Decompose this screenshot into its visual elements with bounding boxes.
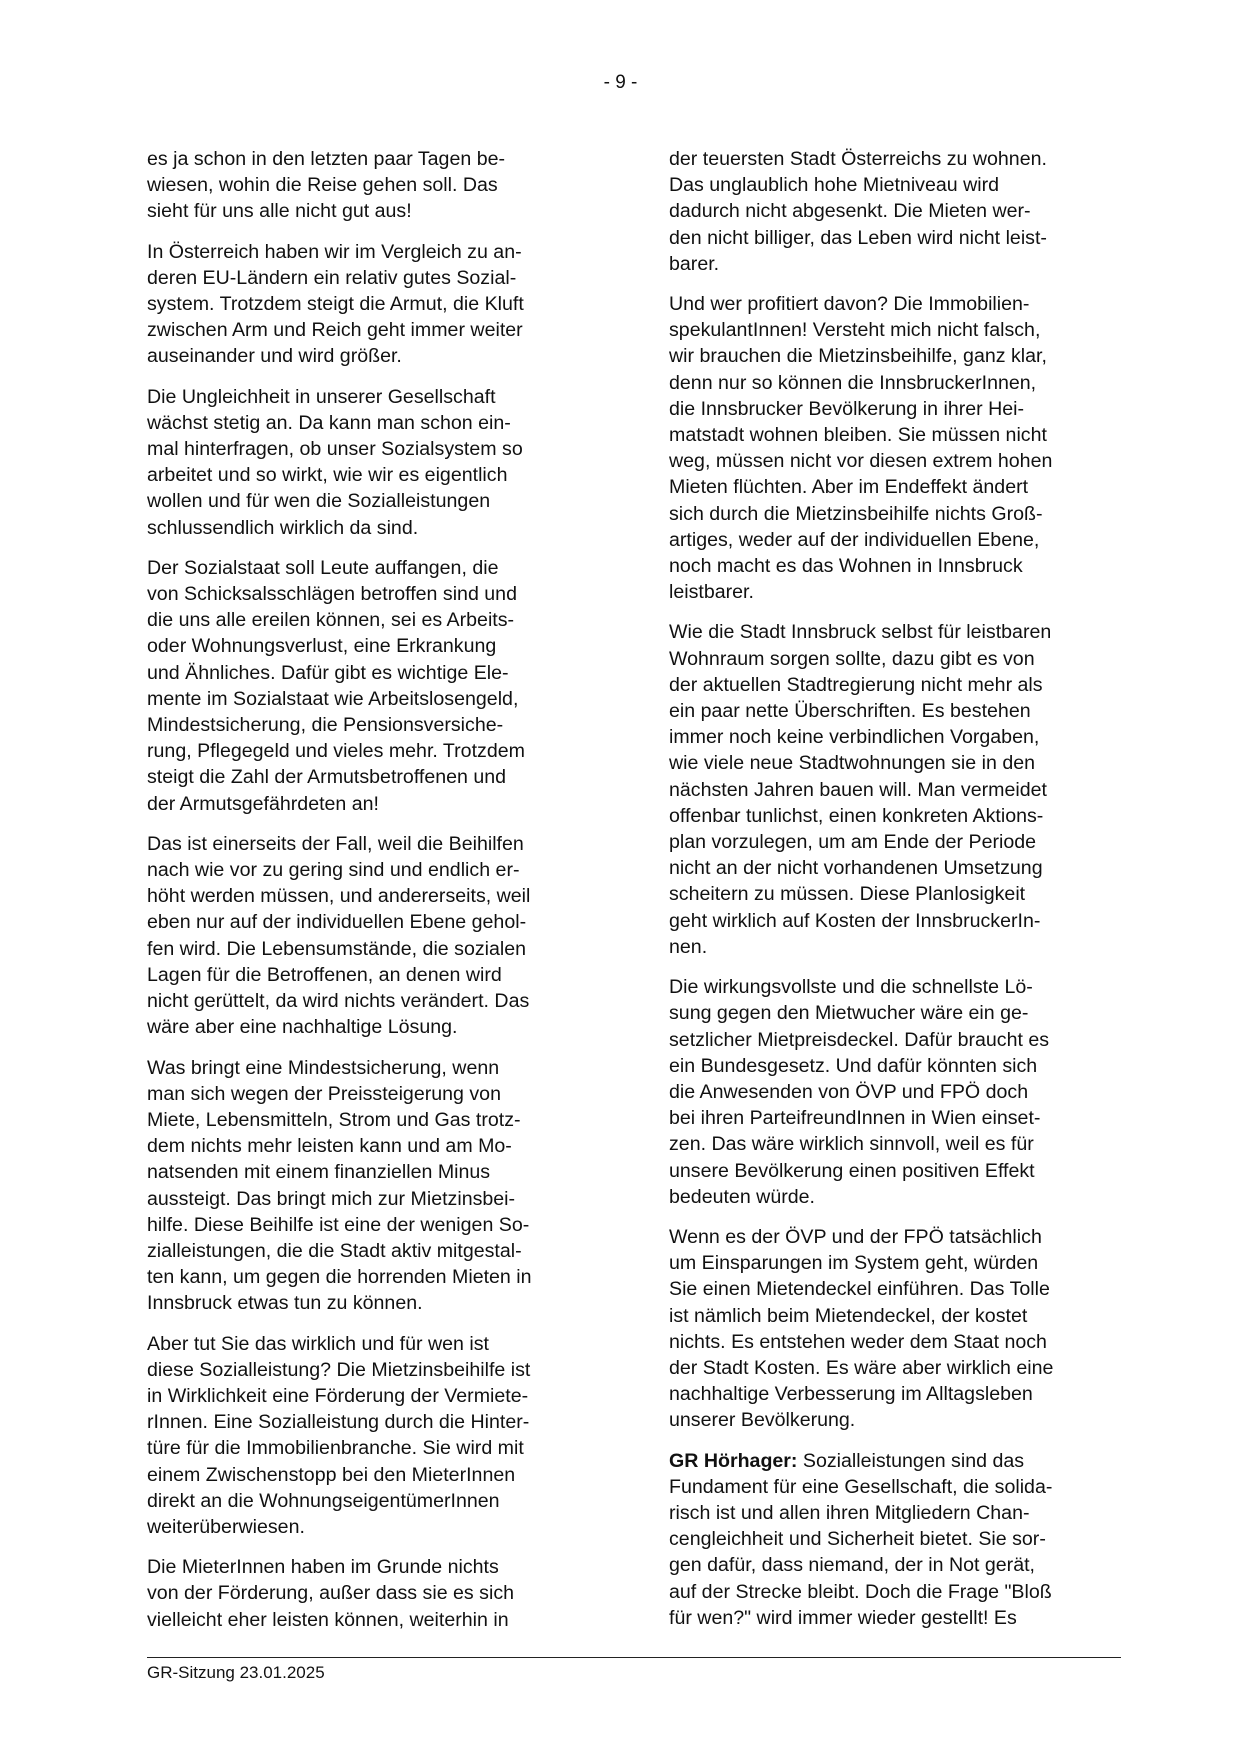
- text-line: nächsten Jahren bauen will. Man vermeide…: [669, 777, 1139, 803]
- text-line: deren EU-Ländern ein relativ gutes Sozia…: [147, 265, 617, 291]
- text-line: Wohnraum sorgen sollte, dazu gibt es von: [669, 646, 1139, 672]
- paragraph: Das ist einerseits der Fall, weil die Be…: [147, 831, 617, 1041]
- text-line: für wen?" wird immer wieder gestellt! Es: [669, 1605, 1139, 1631]
- text-line: nach wie vor zu gering sind und endlich …: [147, 857, 617, 883]
- text-line: eben nur auf der individuellen Ebene geh…: [147, 909, 617, 935]
- text-line: die Anwesenden von ÖVP und FPÖ doch: [669, 1079, 1139, 1105]
- text-line: in Wirklichkeit eine Förderung der Vermi…: [147, 1383, 617, 1409]
- text-line: Die wirkungsvollste und die schnellste L…: [669, 974, 1139, 1000]
- text-line: auseinander und wird größer.: [147, 343, 617, 369]
- text-line: bedeuten würde.: [669, 1184, 1139, 1210]
- text-line: sieht für uns alle nicht gut aus!: [147, 198, 617, 224]
- text-line: plan vorzulegen, um am Ende der Periode: [669, 829, 1139, 855]
- text-line: weg, müssen nicht vor diesen extrem hohe…: [669, 448, 1139, 474]
- text-line: auf der Strecke bleibt. Doch die Frage "…: [669, 1579, 1139, 1605]
- text-line: es ja schon in den letzten paar Tagen be…: [147, 146, 617, 172]
- text-line: und Ähnliches. Dafür gibt es wichtige El…: [147, 660, 617, 686]
- text-line: Mieten flüchten. Aber im Endeffekt änder…: [669, 474, 1139, 500]
- text-line: sich durch die Mietzinsbeihilfe nichts G…: [669, 501, 1139, 527]
- text-line: dadurch nicht abgesenkt. Die Mieten wer-: [669, 198, 1139, 224]
- text-line: leistbarer.: [669, 579, 1139, 605]
- text-line: mal hinterfragen, ob unser Sozialsystem …: [147, 436, 617, 462]
- footer-session-date: GR-Sitzung 23.01.2025: [147, 1663, 325, 1683]
- paragraph: Wie die Stadt Innsbruck selbst für leist…: [669, 619, 1139, 960]
- text-line: die Innsbrucker Bevölkerung in ihrer Hei…: [669, 396, 1139, 422]
- text-line: der Stadt Kosten. Es wäre aber wirklich …: [669, 1355, 1139, 1381]
- speaker-paragraph: GR Hörhager: Sozialleistungen sind das F…: [669, 1448, 1139, 1631]
- text-line: ein paar nette Überschriften. Es bestehe…: [669, 698, 1139, 724]
- text-line: nachhaltige Verbesserung im Alltagsleben: [669, 1381, 1139, 1407]
- text-line: mente im Sozialstaat wie Arbeitslosengel…: [147, 686, 617, 712]
- text-line: der Armutsgefährdeten an!: [147, 791, 617, 817]
- text-line: system. Trotzdem steigt die Armut, die K…: [147, 291, 617, 317]
- text-line: natsenden mit einem finanziellen Minus: [147, 1159, 617, 1185]
- text-line: Sie einen Mietendeckel einführen. Das To…: [669, 1276, 1139, 1302]
- text-line: nicht gerüttelt, da wird nichts veränder…: [147, 988, 617, 1014]
- text-line: unsere Bevölkerung einen positiven Effek…: [669, 1158, 1139, 1184]
- text-line: immer noch keine verbindlichen Vorgaben,: [669, 724, 1139, 750]
- text-line: spekulantInnen! Versteht mich nicht fals…: [669, 317, 1139, 343]
- paragraph: Die MieterInnen haben im Grunde nichts v…: [147, 1554, 617, 1633]
- paragraph: Die wirkungsvollste und die schnellste L…: [669, 974, 1139, 1210]
- paragraph: der teuersten Stadt Österreichs zu wohne…: [669, 146, 1139, 277]
- text-line: ein Bundesgesetz. Und dafür könnten sich: [669, 1053, 1139, 1079]
- text-line: direkt an die WohnungseigentümerInnen: [147, 1488, 617, 1514]
- text-line: Wie die Stadt Innsbruck selbst für leist…: [669, 619, 1139, 645]
- text-line: Fundament für eine Gesellschaft, die sol…: [669, 1474, 1139, 1500]
- text-line: bei ihren ParteifreundInnen in Wien eins…: [669, 1105, 1139, 1131]
- text-line: Mindestsicherung, die Pensionsversiche-: [147, 712, 617, 738]
- text-line: die uns alle ereilen können, sei es Arbe…: [147, 607, 617, 633]
- text-line: dem nichts mehr leisten kann und am Mo-: [147, 1133, 617, 1159]
- text-line: der aktuellen Stadtregierung nicht mehr …: [669, 672, 1139, 698]
- text-line: rung, Pflegegeld und vieles mehr. Trotzd…: [147, 738, 617, 764]
- text-line: zen. Das wäre wirklich sinnvoll, weil es…: [669, 1131, 1139, 1157]
- text-line: aussteigt. Das bringt mich zur Mietzinsb…: [147, 1186, 617, 1212]
- paragraph: Wenn es der ÖVP und der FPÖ tatsächlich …: [669, 1224, 1139, 1434]
- text-line: Das ist einerseits der Fall, weil die Be…: [147, 831, 617, 857]
- paragraph: Was bringt eine Mindestsicherung, wenn m…: [147, 1055, 617, 1317]
- text-line: denn nur so können die InnsbruckerInnen,: [669, 370, 1139, 396]
- text-line: sung gegen den Mietwucher wäre ein ge-: [669, 1000, 1139, 1026]
- text-line: von Schicksalsschlägen betroffen sind un…: [147, 581, 617, 607]
- footer-divider: [147, 1657, 1121, 1658]
- text-line: noch macht es das Wohnen in Innsbruck: [669, 553, 1139, 579]
- text-line: schlussendlich wirklich da sind.: [147, 515, 617, 541]
- page-number: - 9 -: [0, 72, 1241, 94]
- text-line: Aber tut Sie das wirklich und für wen is…: [147, 1331, 617, 1357]
- text-line: wächst stetig an. Da kann man schon ein-: [147, 410, 617, 436]
- text-line: artiges, weder auf der individuellen Ebe…: [669, 527, 1139, 553]
- text-line: zialleistungen, die die Stadt aktiv mitg…: [147, 1238, 617, 1264]
- text-line: Wenn es der ÖVP und der FPÖ tatsächlich: [669, 1224, 1139, 1250]
- text-line: hilfe. Diese Beihilfe ist eine der wenig…: [147, 1212, 617, 1238]
- text-line: Die Ungleichheit in unserer Gesellschaft: [147, 384, 617, 410]
- text-line: den nicht billiger, das Leben wird nicht…: [669, 225, 1139, 251]
- paragraph: es ja schon in den letzten paar Tagen be…: [147, 146, 617, 225]
- text-line: risch ist und allen ihren Mitgliedern Ch…: [669, 1500, 1139, 1526]
- text-line: unserer Bevölkerung.: [669, 1407, 1139, 1433]
- paragraph: Die Ungleichheit in unserer Gesellschaft…: [147, 384, 617, 541]
- text-line: Das unglaublich hohe Mietniveau wird: [669, 172, 1139, 198]
- speaker-name: GR Hörhager:: [669, 1450, 797, 1472]
- text-line: höht werden müssen, und andererseits, we…: [147, 883, 617, 909]
- text-line: wollen und für wen die Sozialleistungen: [147, 488, 617, 514]
- text-line: In Österreich haben wir im Vergleich zu …: [147, 239, 617, 265]
- text-line: weiterüberwiesen.: [147, 1514, 617, 1540]
- text-line: einem Zwischenstopp bei den MieterInnen: [147, 1462, 617, 1488]
- left-column: es ja schon in den letzten paar Tagen be…: [147, 146, 617, 1647]
- text-line: ist nämlich beim Mietendeckel, der koste…: [669, 1303, 1139, 1329]
- text-line: Lagen für die Betroffenen, an denen wird: [147, 962, 617, 988]
- text-line: wir brauchen die Mietzinsbeihilfe, ganz …: [669, 343, 1139, 369]
- text-line: matstadt wohnen bleiben. Sie müssen nich…: [669, 422, 1139, 448]
- text-line: man sich wegen der Preissteigerung von: [147, 1081, 617, 1107]
- text-line: barer.: [669, 251, 1139, 277]
- text-line: GR Hörhager: Sozialleistungen sind das: [669, 1448, 1139, 1474]
- text-line: fen wird. Die Lebensumstände, die sozial…: [147, 936, 617, 962]
- speech-text: Sozialleistungen sind das: [797, 1450, 1024, 1472]
- text-line: türe für die Immobilienbranche. Sie wird…: [147, 1435, 617, 1461]
- text-line: Die MieterInnen haben im Grunde nichts: [147, 1554, 617, 1580]
- text-line: cengleichheit und Sicherheit bietet. Sie…: [669, 1526, 1139, 1552]
- paragraph: Der Sozialstaat soll Leute auffangen, di…: [147, 555, 617, 817]
- paragraph: Und wer profitiert davon? Die Immobilien…: [669, 291, 1139, 605]
- text-line: geht wirklich auf Kosten der Innsbrucker…: [669, 908, 1139, 934]
- text-line: wiesen, wohin die Reise gehen soll. Das: [147, 172, 617, 198]
- paragraph: In Österreich haben wir im Vergleich zu …: [147, 239, 617, 370]
- text-line: Der Sozialstaat soll Leute auffangen, di…: [147, 555, 617, 581]
- text-line: Innsbruck etwas tun zu können.: [147, 1290, 617, 1316]
- text-line: wäre aber eine nachhaltige Lösung.: [147, 1014, 617, 1040]
- text-line: Was bringt eine Mindestsicherung, wenn: [147, 1055, 617, 1081]
- text-line: vielleicht eher leisten können, weiterhi…: [147, 1607, 617, 1633]
- text-line: wie viele neue Stadtwohnungen sie in den: [669, 750, 1139, 776]
- text-line: Und wer profitiert davon? Die Immobilien…: [669, 291, 1139, 317]
- text-line: von der Förderung, außer dass sie es sic…: [147, 1580, 617, 1606]
- text-line: um Einsparungen im System geht, würden: [669, 1250, 1139, 1276]
- text-line: arbeitet und so wirkt, wie wir es eigent…: [147, 462, 617, 488]
- text-line: der teuersten Stadt Österreichs zu wohne…: [669, 146, 1139, 172]
- text-line: ten kann, um gegen die horrenden Mieten …: [147, 1264, 617, 1290]
- text-line: oder Wohnungsverlust, eine Erkrankung: [147, 633, 617, 659]
- text-line: Miete, Lebensmitteln, Strom und Gas trot…: [147, 1107, 617, 1133]
- text-line: gen dafür, dass niemand, der in Not gerä…: [669, 1552, 1139, 1578]
- text-line: scheitern zu müssen. Diese Planlosigkeit: [669, 881, 1139, 907]
- text-line: steigt die Zahl der Armutsbetroffenen un…: [147, 764, 617, 790]
- text-line: offenbar tunlichst, einen konkreten Akti…: [669, 803, 1139, 829]
- text-line: rInnen. Eine Sozialleistung durch die Hi…: [147, 1409, 617, 1435]
- text-line: setzlicher Mietpreisdeckel. Dafür brauch…: [669, 1027, 1139, 1053]
- text-line: diese Sozialleistung? Die Mietzinsbeihil…: [147, 1357, 617, 1383]
- text-line: zwischen Arm und Reich geht immer weiter: [147, 317, 617, 343]
- paragraph: Aber tut Sie das wirklich und für wen is…: [147, 1331, 617, 1541]
- text-line: nen.: [669, 934, 1139, 960]
- right-column: der teuersten Stadt Österreichs zu wohne…: [669, 146, 1139, 1645]
- text-line: nichts. Es entstehen weder dem Staat noc…: [669, 1329, 1139, 1355]
- text-line: nicht an der nicht vorhandenen Umsetzung: [669, 855, 1139, 881]
